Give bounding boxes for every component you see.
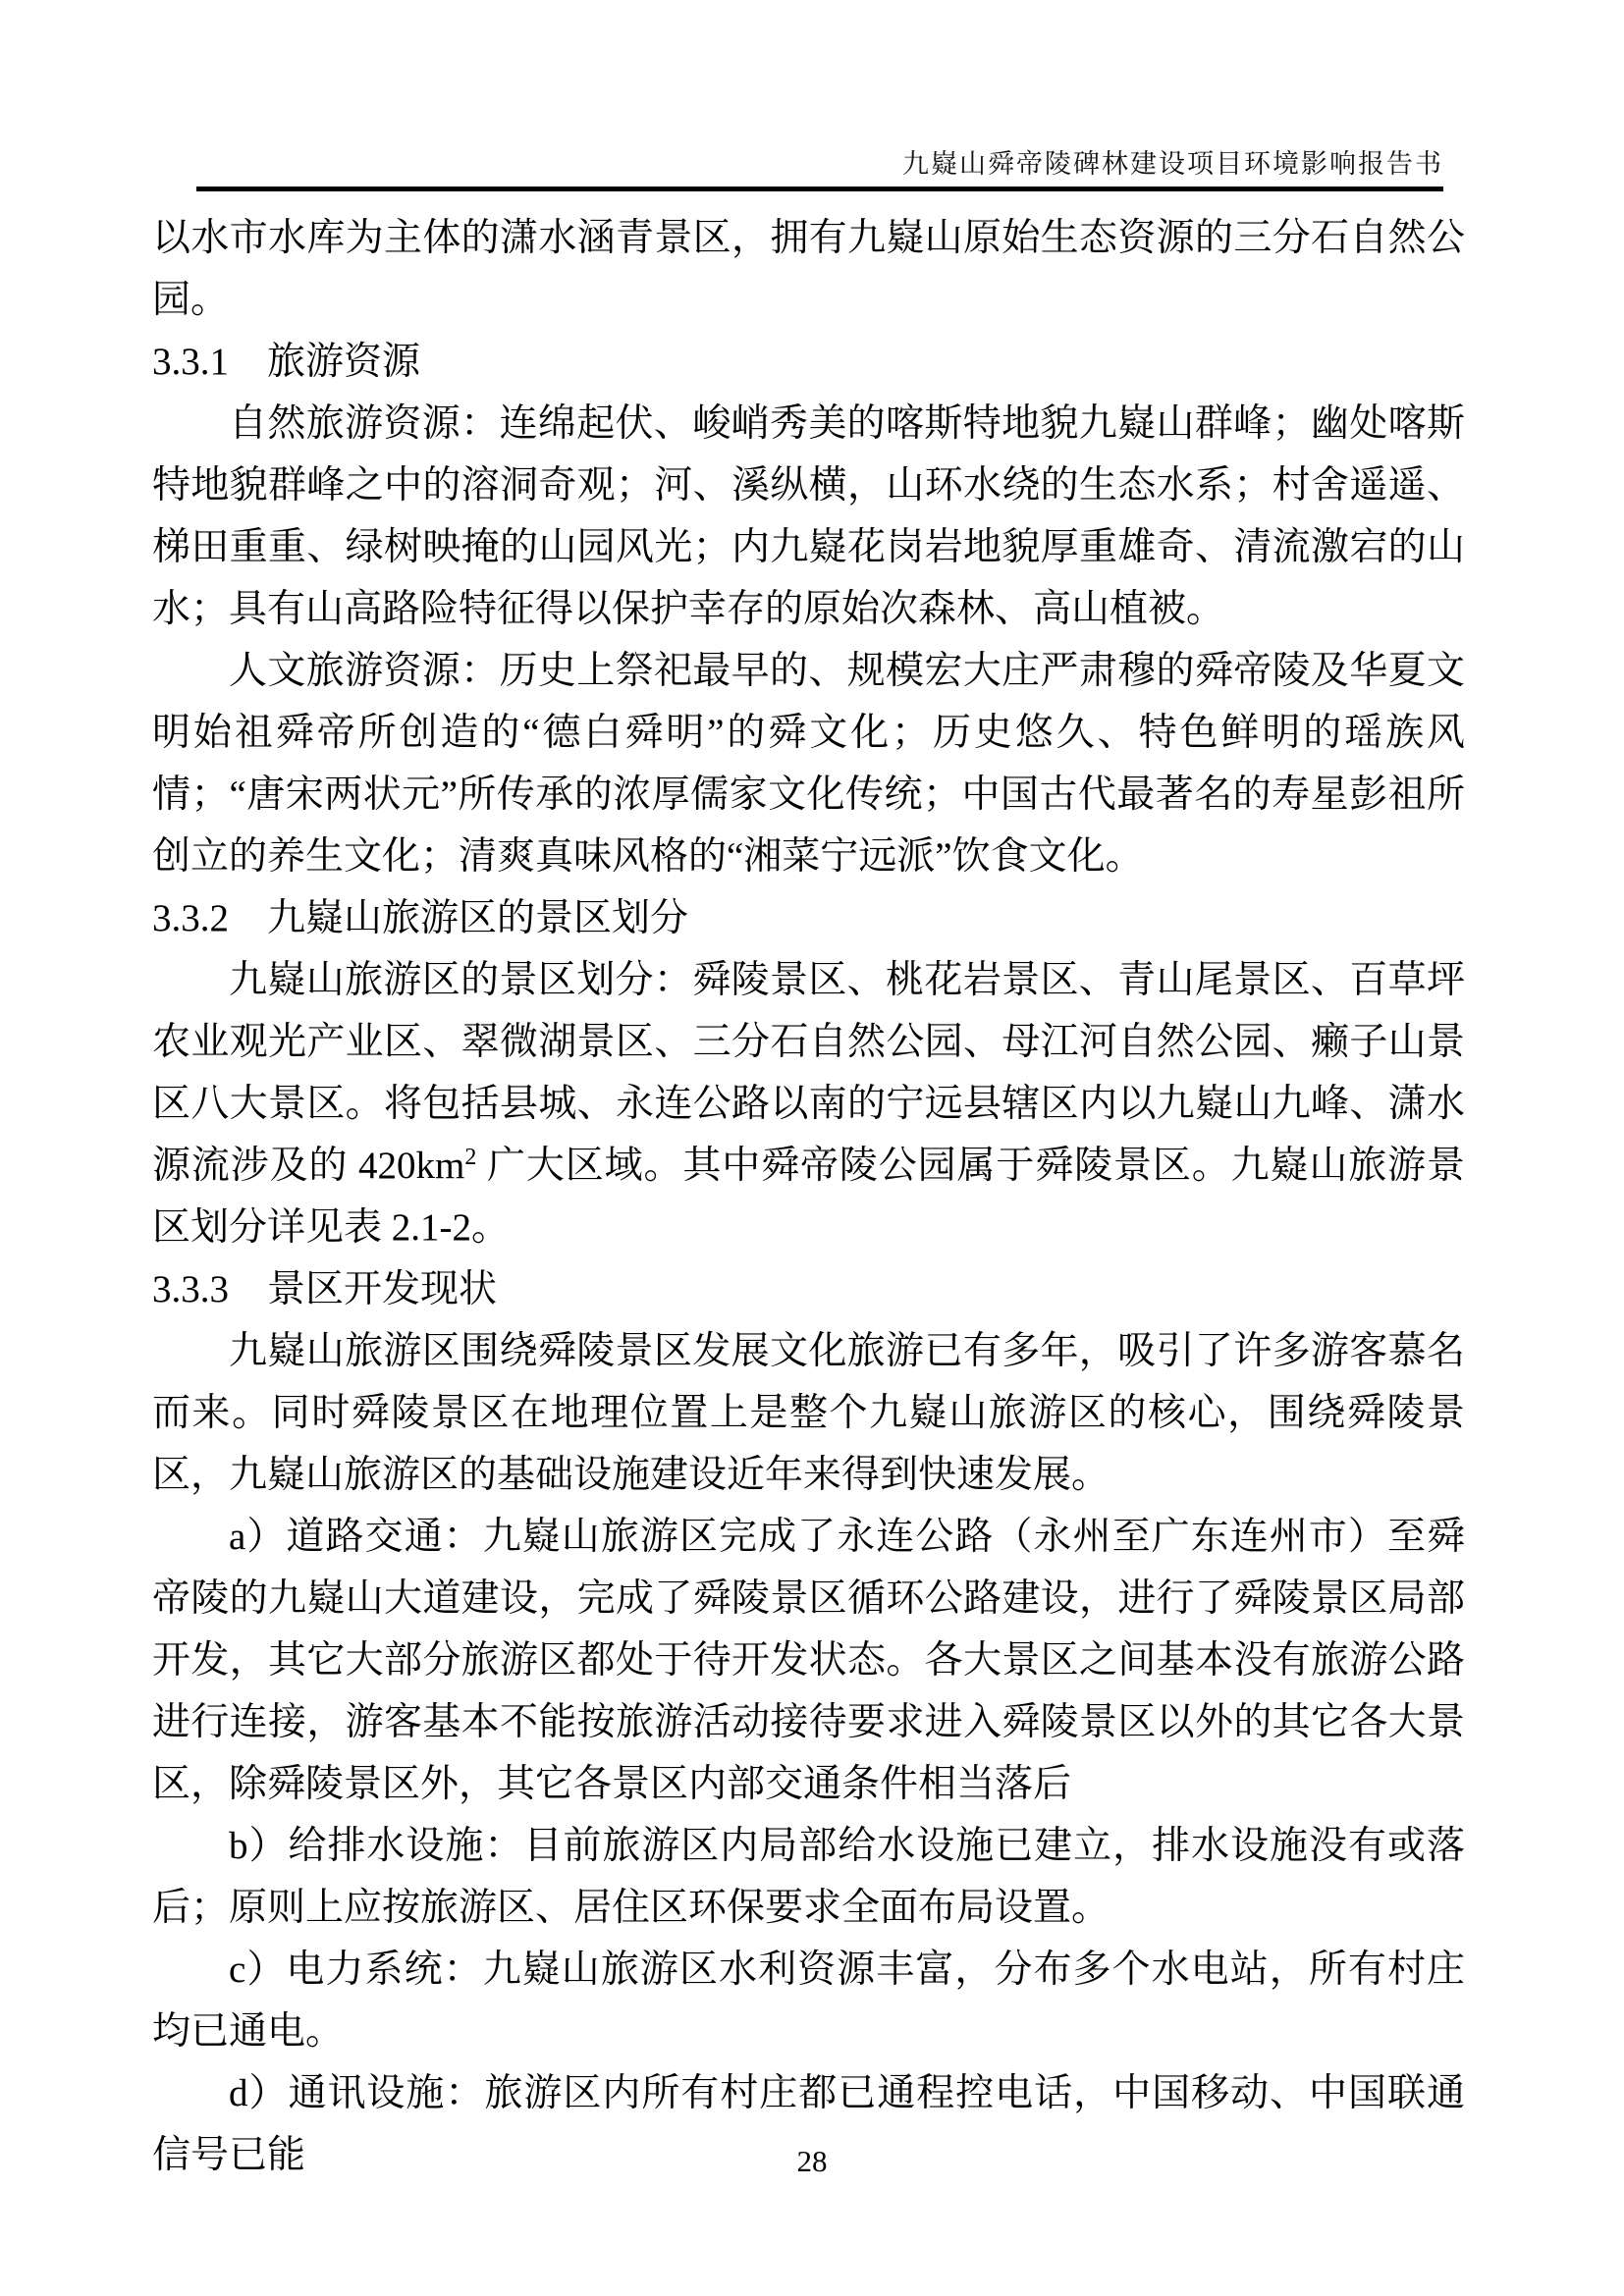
document-page: 九嶷山舜帝陵碑林建设项目环境影响报告书 以水市水库为主体的潇水涵青景区，拥有九嶷… <box>0 0 1624 2296</box>
paragraph-road-traffic: a）道路交通：九嶷山旅游区完成了永连公路（永州至广东连州市）至舜帝陵的九嶷山大道… <box>152 1506 1465 1815</box>
paragraph-scenic-division: 九嶷山旅游区的景区划分：舜陵景区、桃花岩景区、青山尾景区、百草坪农业观光产业区、… <box>152 949 1465 1258</box>
page-number: 28 <box>797 2144 828 2178</box>
section-title-3-3-3: 景区开发现状 <box>267 1268 497 1310</box>
paragraph-cultural-resources: 人文旅游资源：历史上祭祀最早的、规模宏大庄严肃穆的舜帝陵及华夏文明始祖舜帝所创造… <box>152 640 1465 887</box>
section-number-3-3-1: 3.3.1 <box>152 341 229 383</box>
square-km-superscript: 2 <box>464 1145 476 1170</box>
section-number-3-3-3: 3.3.3 <box>152 1268 229 1310</box>
document-body: 以水市水库为主体的潇水涵青景区，拥有九嶷山原始生态资源的三分石自然公园。 3.3… <box>152 207 1465 2186</box>
header-title: 九嶷山舜帝陵碑林建设项目环境影响报告书 <box>902 149 1443 179</box>
paragraph-intro: 以水市水库为主体的潇水涵青景区，拥有九嶷山原始生态资源的三分石自然公园。 <box>152 207 1465 331</box>
section-heading-3-3-3: 3.3.3景区开发现状 <box>152 1258 1465 1320</box>
section-heading-3-3-1: 3.3.1旅游资源 <box>152 331 1465 393</box>
paragraph-natural-resources: 自然旅游资源：连绵起伏、峻峭秀美的喀斯特地貌九嶷山群峰；幽处喀斯特地貌群峰之中的… <box>152 393 1465 640</box>
section-title-3-3-1: 旅游资源 <box>267 341 420 383</box>
page-header: 九嶷山舜帝陵碑林建设项目环境影响报告书 <box>196 147 1443 181</box>
section-title-3-3-2: 九嶷山旅游区的景区划分 <box>267 897 688 939</box>
paragraph-water-facilities: b）给排水设施：目前旅游区内局部给水设施已建立，排水设施没有或落后；原则上应按旅… <box>152 1815 1465 1939</box>
page-footer: 28 <box>0 2142 1624 2181</box>
section-number-3-3-2: 3.3.2 <box>152 897 229 939</box>
section-heading-3-3-2: 3.3.2九嶷山旅游区的景区划分 <box>152 887 1465 949</box>
paragraph-power-system: c）电力系统：九嶷山旅游区水利资源丰富，分布多个水电站，所有村庄均已通电。 <box>152 1939 1465 2062</box>
header-rule <box>196 187 1443 191</box>
paragraph-development-status: 九嶷山旅游区围绕舜陵景区发展文化旅游已有多年，吸引了许多游客慕名而来。同时舜陵景… <box>152 1320 1465 1506</box>
